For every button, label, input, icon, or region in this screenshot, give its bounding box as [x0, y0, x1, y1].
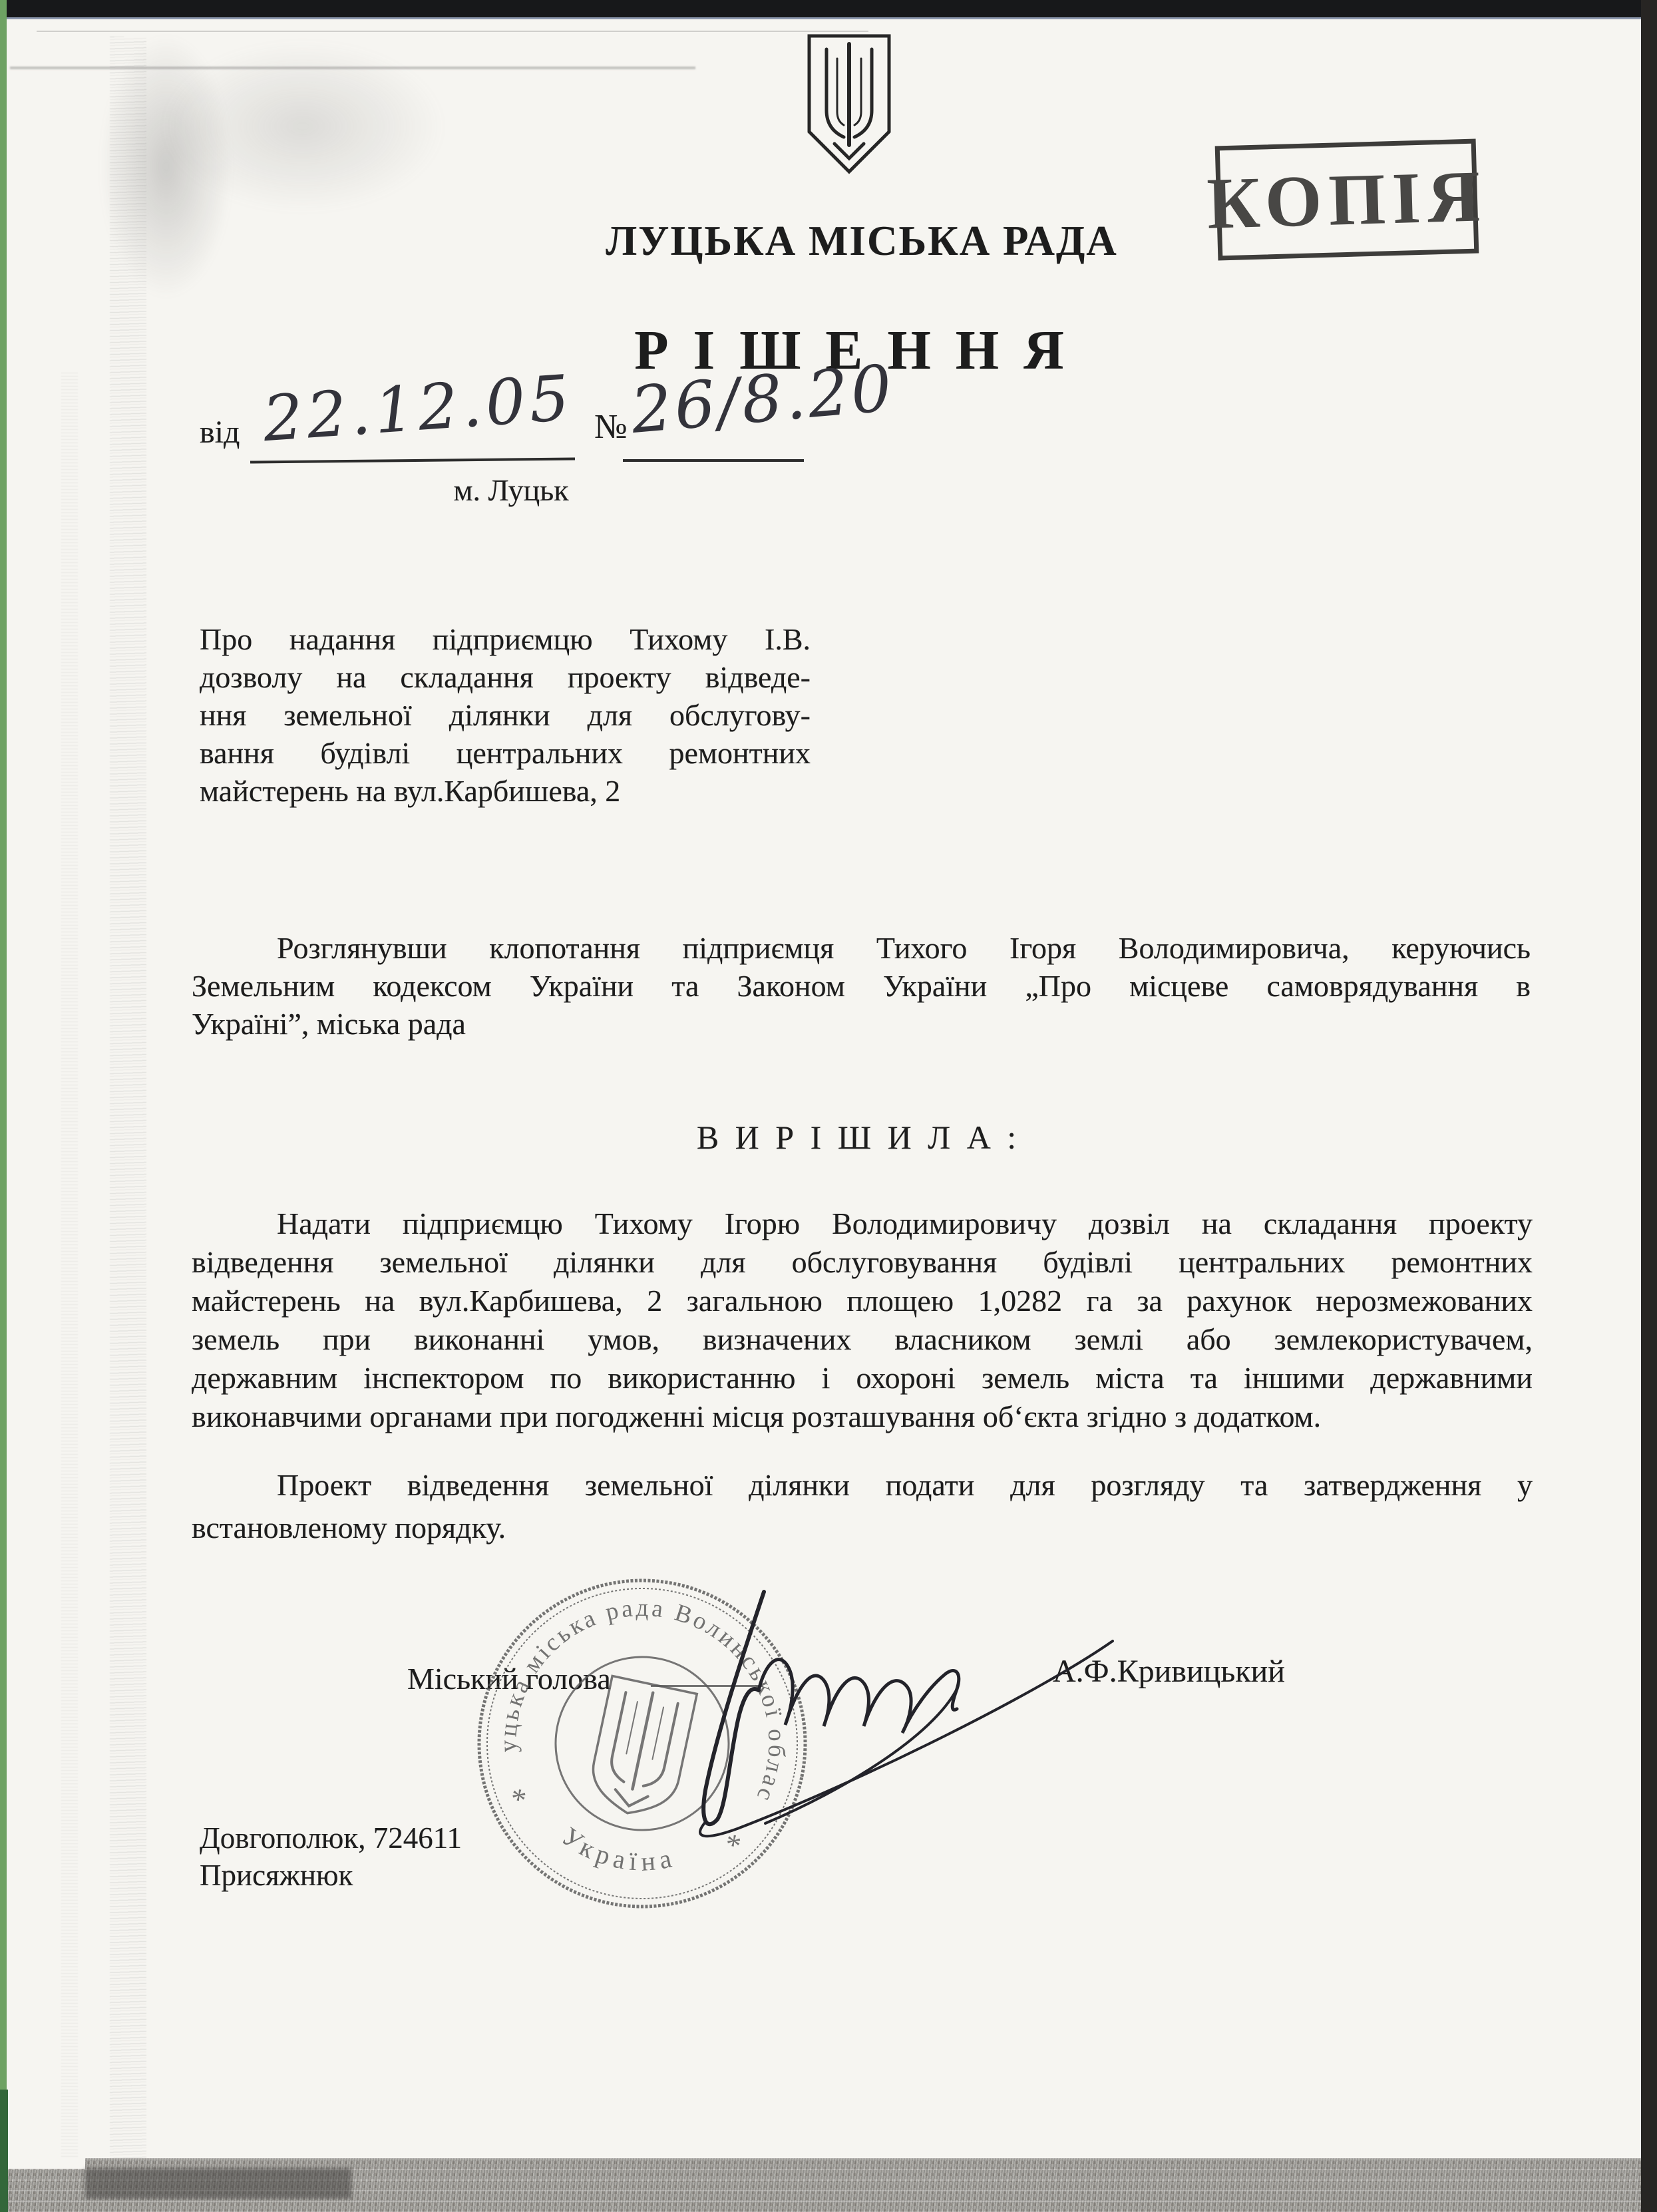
- text-line: вання будівлі центральних ремонтних: [200, 734, 811, 772]
- preamble-paragraph: Розглянувши клопотання підприємця Тихого…: [192, 929, 1531, 1043]
- scan-artifact-left-green-edge-dark: [0, 2090, 8, 2212]
- text-line: ння земельної ділянки для обслугову-: [200, 696, 811, 734]
- scan-artifact-vertical-streak: [61, 373, 78, 2159]
- text-line: Україні”, міська рада: [192, 1005, 1531, 1043]
- scan-artifact-top-strip: [0, 0, 1657, 19]
- text-line: Розглянувши клопотання підприємця Тихого…: [192, 929, 1531, 967]
- date-underline: [250, 457, 575, 463]
- scan-artifact-left-green-edge: [0, 0, 7, 2212]
- text-line: Проект відведення земельної ділянки пода…: [192, 1464, 1533, 1507]
- text-line: майстерень на вул.Карбишева, 2: [200, 772, 811, 810]
- resolution-body-paragraph: Надати підприємцю Тихому Ігорю Володимир…: [192, 1204, 1533, 1436]
- scan-artifact-smudge: [160, 40, 446, 213]
- subject-block: Про надання підприємцю Тихому І.В.дозвол…: [200, 620, 811, 810]
- scan-artifact-faint-line: [37, 31, 868, 32]
- text-line: Земельним кодексом України та Законом Ук…: [192, 967, 1531, 1005]
- text-line: Надати підприємцю Тихому Ігорю Володимир…: [192, 1204, 1533, 1243]
- place-name: м. Луцьк: [418, 472, 604, 508]
- text-line: виконавчими органами при погодженні місц…: [192, 1397, 1533, 1436]
- copy-stamp: КОПІЯ: [1215, 139, 1479, 261]
- handwritten-date: 22.12.05: [261, 362, 576, 456]
- text-line: дозволу на складання проекту відведе-: [200, 658, 811, 696]
- text-line: Про надання підприємцю Тихому І.В.: [200, 620, 811, 658]
- scan-artifact-vertical-streak: [110, 37, 146, 2159]
- trident-emblem-icon: [797, 32, 901, 176]
- resolution-heading: В И Р І Ш И Л А :: [626, 1118, 1091, 1157]
- scanned-document-page: ЛУЦЬКА МІСЬКА РАДА КОПІЯ Р І Ш Е Н Н Я в…: [0, 0, 1657, 2212]
- number-label: №: [594, 407, 628, 447]
- scan-artifact-page-edge-notch: [0, 2158, 85, 2169]
- date-label: від: [200, 414, 240, 451]
- text-line: державним інспектором по використанню і …: [192, 1359, 1533, 1397]
- text-line: відведення земельної ділянки для обслуго…: [192, 1243, 1533, 1282]
- scan-artifact-dark-blotch: [85, 2168, 351, 2199]
- text-line: земель при виконанні умов, визначених вл…: [192, 1320, 1533, 1359]
- scan-artifact-right-strip: [1641, 0, 1657, 2212]
- text-line: встановленому порядку.: [192, 1507, 1533, 1549]
- closing-paragraph: Проект відведення земельної ділянки пода…: [192, 1464, 1533, 1549]
- number-underline: [623, 459, 804, 462]
- text-line: майстерень на вул.Карбишева, 2 загальною…: [192, 1282, 1533, 1320]
- handwritten-signature: [399, 1577, 1397, 1877]
- organization-title: ЛУЦЬКА МІСЬКА РАДА: [579, 217, 1145, 266]
